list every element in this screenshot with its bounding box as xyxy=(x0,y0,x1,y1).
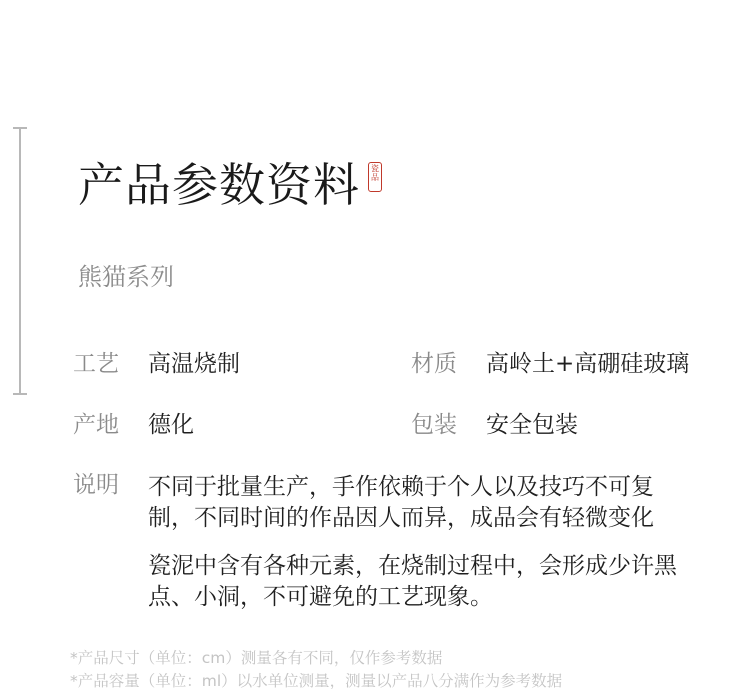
spec-value-packaging: 安全包装 xyxy=(486,409,578,441)
series-subtitle: 熊猫系列 xyxy=(78,260,174,294)
page-title: 产品参数资料 xyxy=(78,155,360,215)
spec-value-origin: 德化 xyxy=(148,409,194,441)
bracket-bottom-cap xyxy=(13,393,27,395)
spec-value-craft: 高温烧制 xyxy=(148,348,240,380)
note-capacity: *产品容量（单位：ml）以水单位测量，测量以产品八分满作为参考数据 xyxy=(70,670,562,689)
bracket-vertical xyxy=(19,127,21,395)
spec-value-material: 高岭土+高硼硅玻璃 xyxy=(486,348,689,380)
seal-stamp-icon: 瓷品 xyxy=(368,162,382,192)
spec-label-craft: 工艺 xyxy=(73,348,119,380)
spec-label-material: 材质 xyxy=(411,348,457,380)
description-paragraph-2: 瓷泥中含有各种元素，在烧制过程中，会形成少许黑点、小洞，不可避免的工艺现象。 xyxy=(148,551,688,613)
description-paragraph-1: 不同于批量生产，手作依赖于个人以及技巧不可复制，不同时间的作品因人而异，成品会有… xyxy=(148,472,688,534)
description-label: 说明 xyxy=(73,472,119,498)
spec-label-origin: 产地 xyxy=(73,409,119,441)
description-label-row: 说明 xyxy=(73,469,119,501)
note-size: *产品尺寸（单位：cm）测量各有不同，仅作参考数据 xyxy=(70,647,442,669)
spec-label-packaging: 包装 xyxy=(411,409,457,441)
